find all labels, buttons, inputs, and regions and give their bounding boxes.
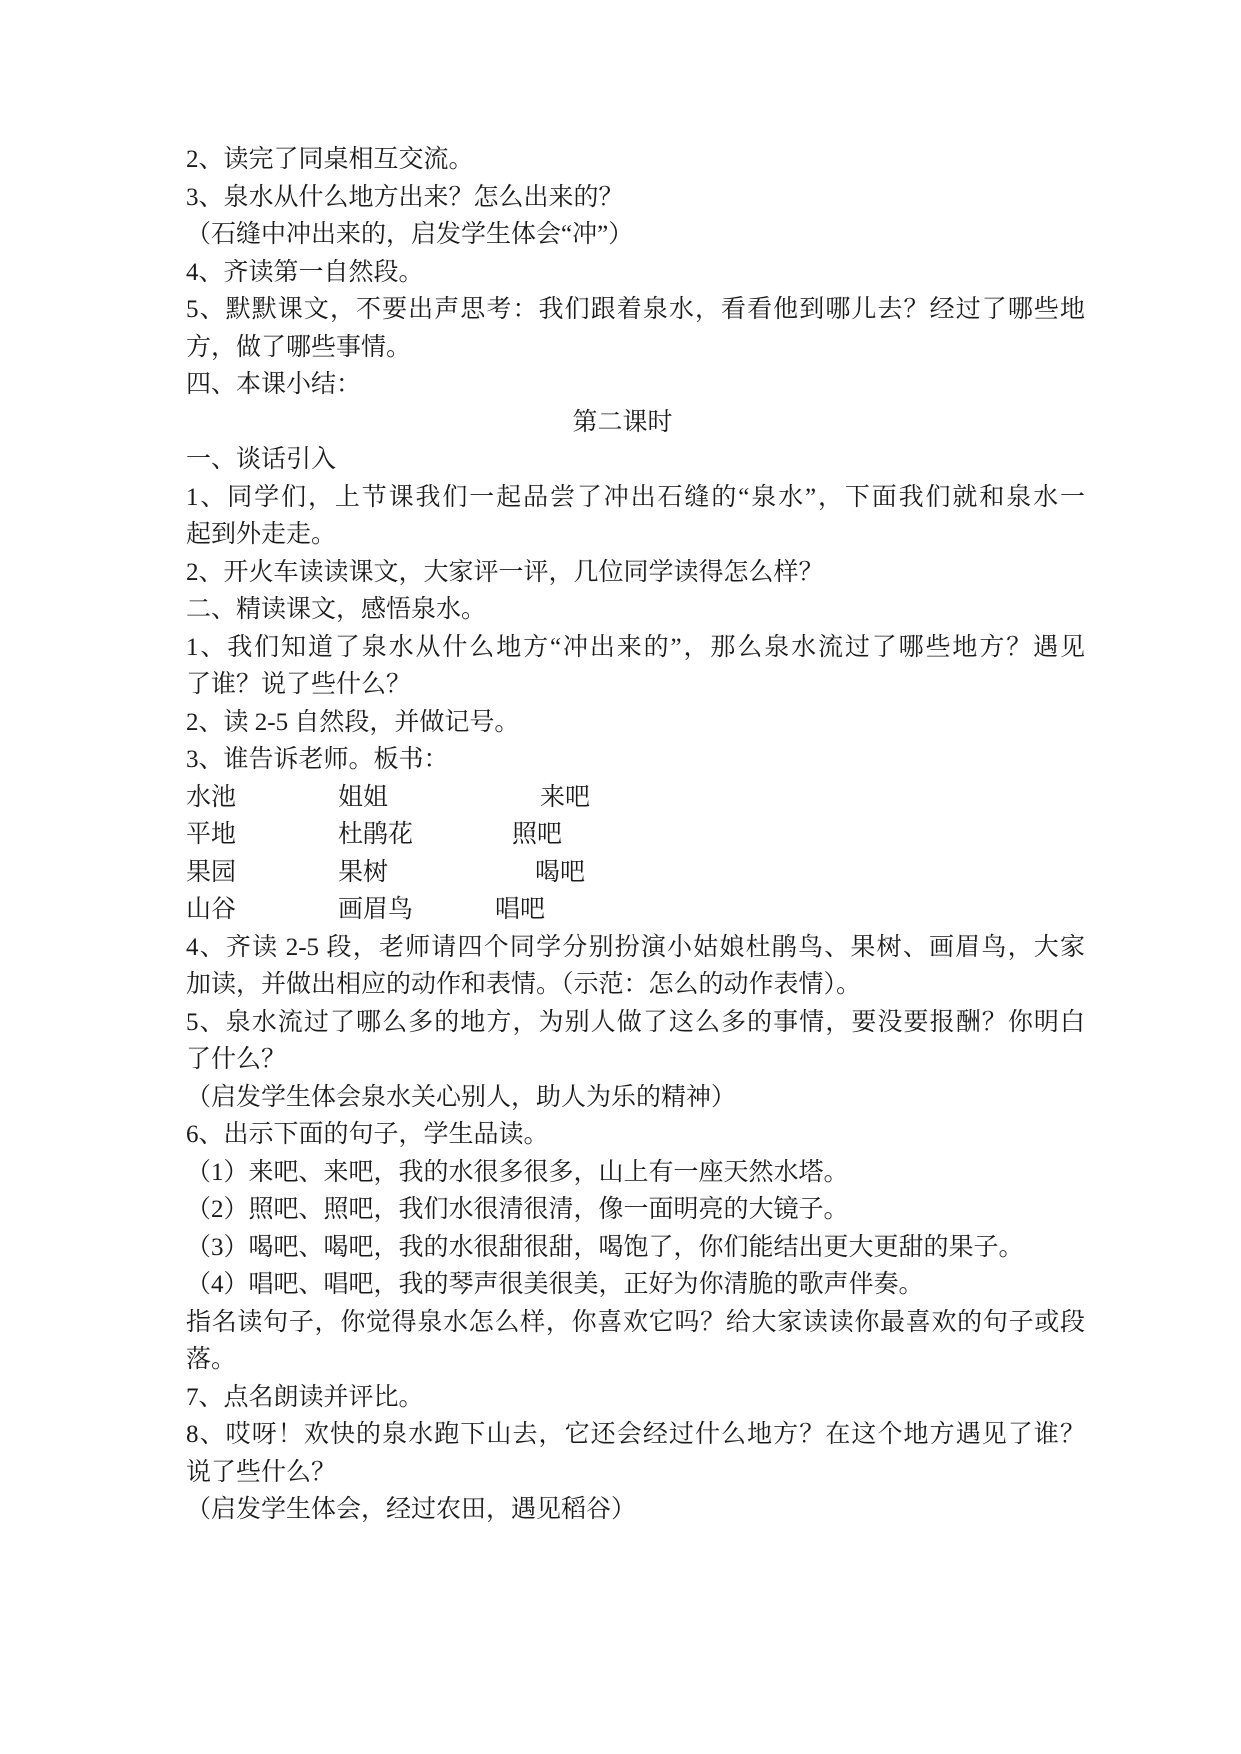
- text-line: 方，做了哪些事情。: [186, 329, 1085, 367]
- text-line: （石缝中冲出来的，启发学生体会“冲”）: [186, 216, 1085, 254]
- text-line: 起到外走走。: [186, 516, 1085, 554]
- period-title: 第二课时: [186, 404, 1085, 442]
- board-row: 山谷画眉鸟唱吧: [186, 891, 1085, 929]
- text-line: 落。: [186, 1341, 1085, 1379]
- text-line: 6、出示下面的句子，学生品读。: [186, 1116, 1085, 1154]
- text-line: 4、齐读 2-5 段，老师请四个同学分别扮演小姑娘杜鹃鸟、果树、画眉鸟，大家: [186, 929, 1085, 967]
- text-line: 4、齐读第一自然段。: [186, 254, 1085, 292]
- board-cell: 杜鹃花: [338, 816, 512, 854]
- board-cell: 唱吧: [495, 891, 545, 929]
- text-line: （启发学生体会，经过农田，遇见稻谷）: [186, 1491, 1085, 1529]
- text-line: 了什么？: [186, 1041, 1085, 1079]
- text-line: 说了些什么？: [186, 1454, 1085, 1492]
- text-line: 5、泉水流过了哪么多的地方，为别人做了这么多的事情，要没要报酬？你明白: [186, 1004, 1085, 1042]
- text-line: 3、泉水从什么地方出来？怎么出来的？: [186, 179, 1085, 217]
- board-cell: 照吧: [512, 816, 562, 854]
- text-line: 2、读完了同桌相互交流。: [186, 141, 1085, 179]
- board-cell: 果园: [186, 854, 338, 892]
- text-line: 一、谈话引入: [186, 441, 1085, 479]
- text-line: （1）来吧、来吧，我的水很多很多，山上有一座天然水塔。: [186, 1154, 1085, 1192]
- text-line: 了谁？说了些什么？: [186, 666, 1085, 704]
- text-line: （启发学生体会泉水关心别人，助人为乐的精神）: [186, 1079, 1085, 1117]
- board-cell: 来吧: [540, 779, 590, 817]
- text-line: 指名读句子，你觉得泉水怎么样，你喜欢它吗？给大家读读你最喜欢的句子或段: [186, 1304, 1085, 1342]
- text-line: 3、谁告诉老师。板书：: [186, 741, 1085, 779]
- text-line: （3）喝吧、喝吧，我的水很甜很甜，喝饱了，你们能结出更大更甜的果子。: [186, 1229, 1085, 1267]
- text-line: 1、我们知道了泉水从什么地方“冲出来的”，那么泉水流过了哪些地方？遇见: [186, 629, 1085, 667]
- board-row: 平地杜鹃花照吧: [186, 816, 1085, 854]
- board-cell: 喝吧: [535, 854, 585, 892]
- text-line: 2、读 2-5 自然段，并做记号。: [186, 704, 1085, 742]
- text-line: 7、点名朗读并评比。: [186, 1379, 1085, 1417]
- board-row: 果园果树喝吧: [186, 854, 1085, 892]
- board-cell: 果树: [338, 854, 535, 892]
- board-cell: 姐姐: [338, 779, 540, 817]
- text-line: 2、开火车读读课文，大家评一评，几位同学读得怎么样？: [186, 554, 1085, 592]
- board-cell: 平地: [186, 816, 338, 854]
- text-line: 二、精读课文，感悟泉水。: [186, 591, 1085, 629]
- document-content: 2、读完了同桌相互交流。3、泉水从什么地方出来？怎么出来的？（石缝中冲出来的，启…: [186, 141, 1085, 1529]
- text-line: 加读，并做出相应的动作和表情。（示范：怎么的动作表情）。: [186, 966, 1085, 1004]
- text-line: 四、本课小结：: [186, 366, 1085, 404]
- text-line: （2）照吧、照吧，我们水很清很清，像一面明亮的大镜子。: [186, 1191, 1085, 1229]
- text-line: （4）唱吧、唱吧，我的琴声很美很美，正好为你清脆的歌声伴奏。: [186, 1266, 1085, 1304]
- board-cell: 水池: [186, 779, 338, 817]
- text-line: 1、同学们，上节课我们一起品尝了冲出石缝的“泉水”，下面我们就和泉水一: [186, 479, 1085, 517]
- text-line: 8、哎呀！欢快的泉水跑下山去，它还会经过什么地方？在这个地方遇见了谁？: [186, 1416, 1085, 1454]
- board-cell: 山谷: [186, 891, 338, 929]
- document-page: 2、读完了同桌相互交流。3、泉水从什么地方出来？怎么出来的？（石缝中冲出来的，启…: [0, 0, 1241, 1754]
- text-line: 5、默默课文，不要出声思考：我们跟着泉水，看看他到哪儿去？经过了哪些地: [186, 291, 1085, 329]
- board-row: 水池姐姐来吧: [186, 779, 1085, 817]
- board-cell: 画眉鸟: [338, 891, 495, 929]
